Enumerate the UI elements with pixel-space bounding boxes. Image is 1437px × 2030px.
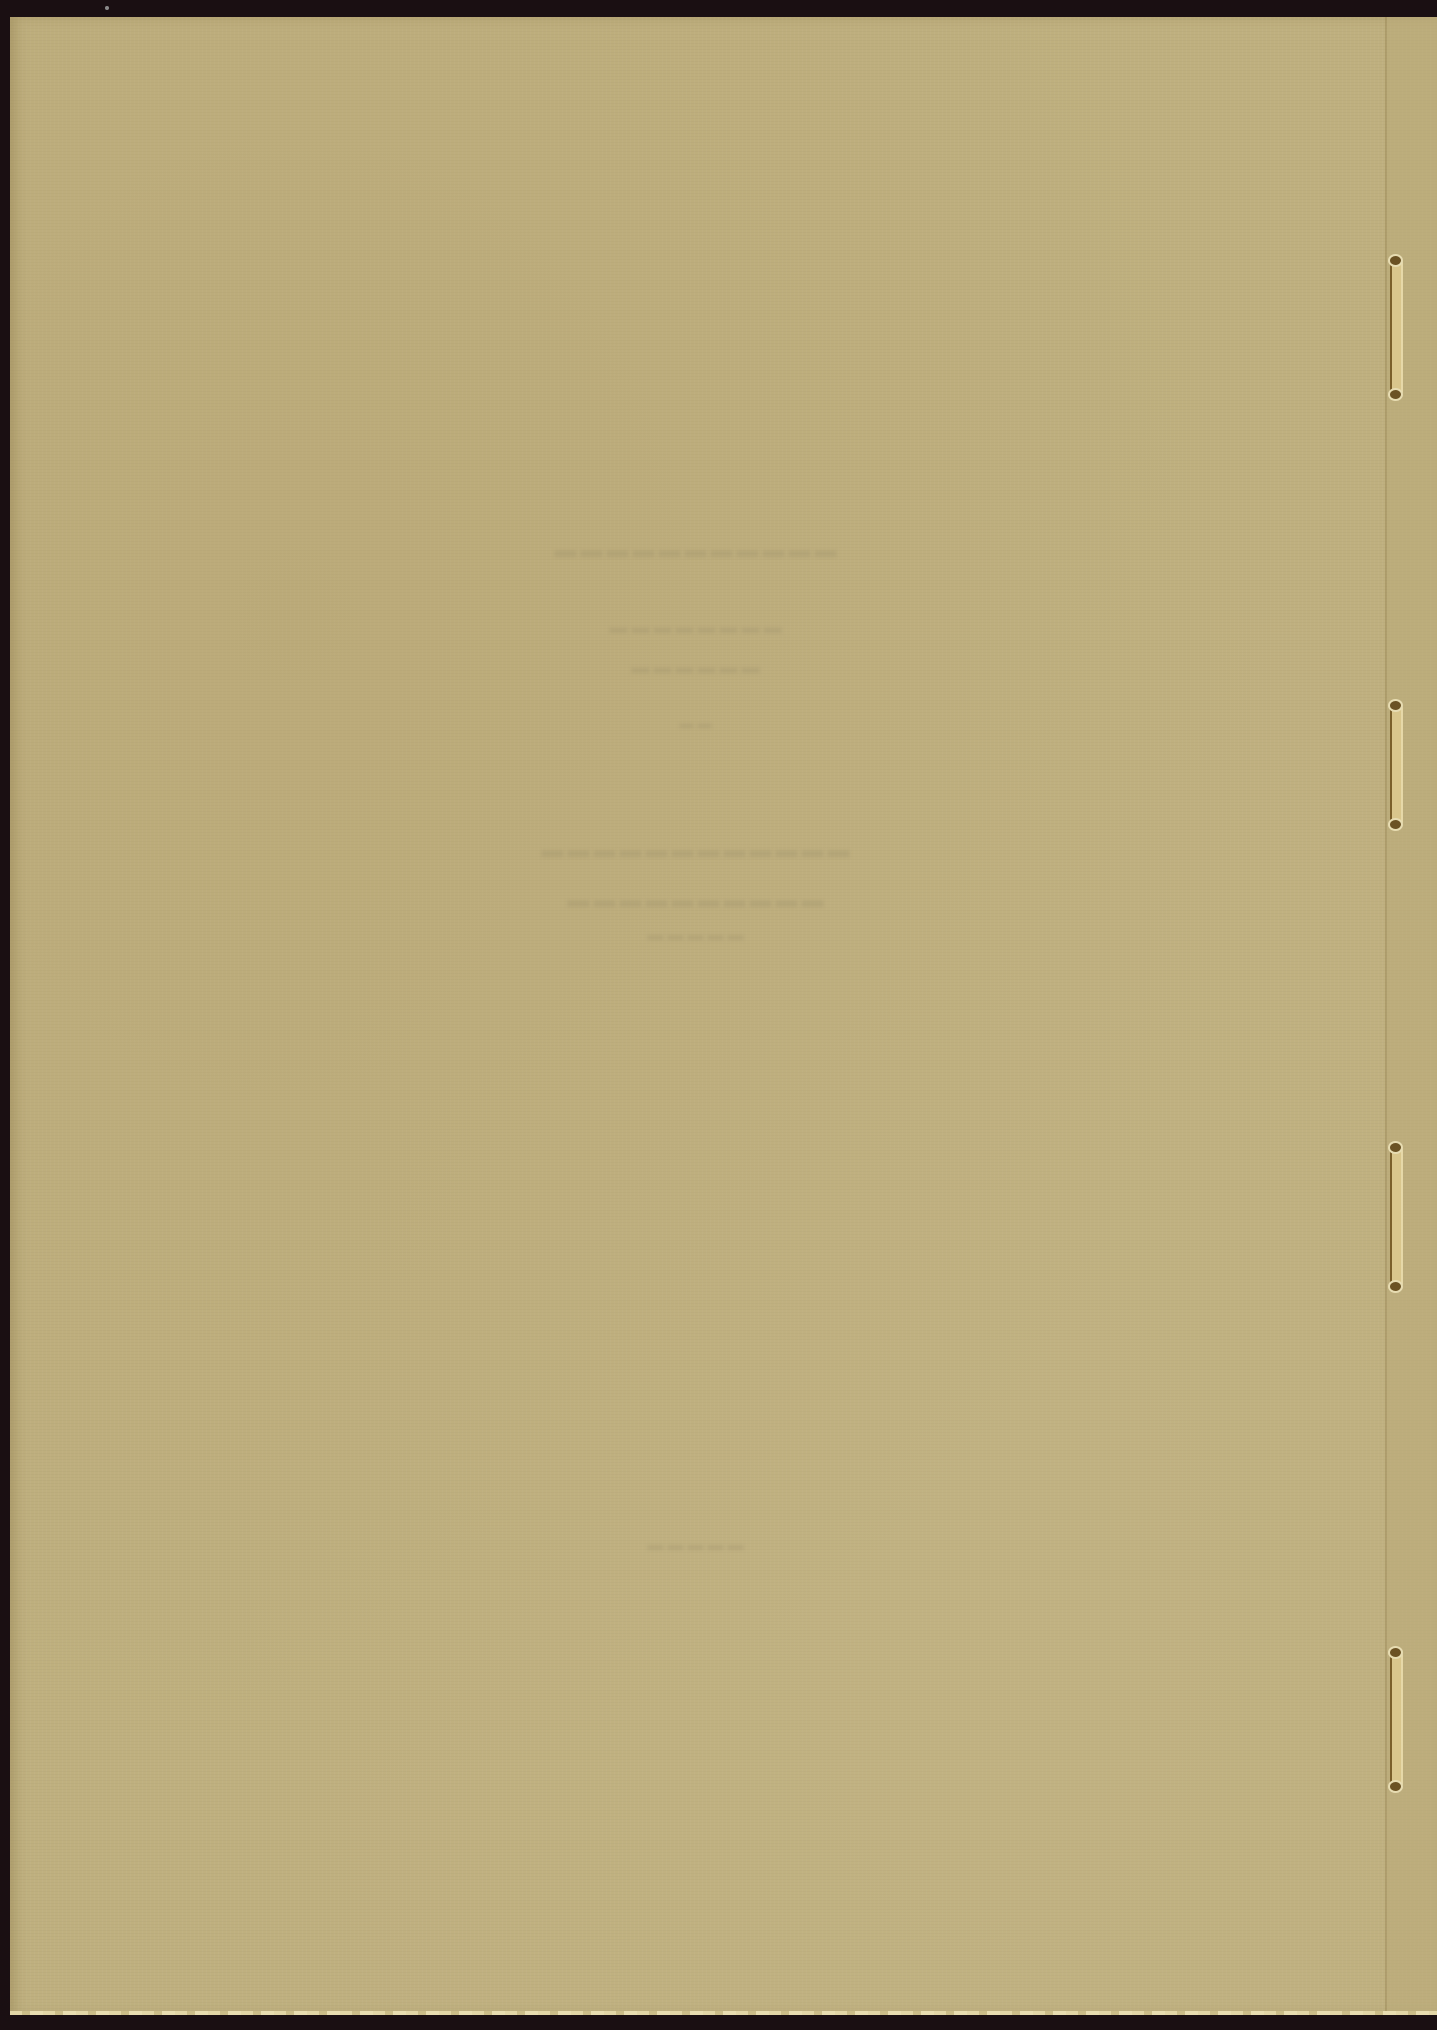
show-through-line: ▬▬▬▬▬▬▬▬▬▬▬ xyxy=(10,537,1377,563)
binding-stitch xyxy=(1390,705,1403,825)
document-page: ▬▬▬▬▬▬▬▬▬▬▬ ▬▬▬▬▬▬▬▬ ▬▬▬▬▬▬ ▬▬ ▬▬▬▬▬▬▬▬▬… xyxy=(10,17,1437,2015)
binding-stitch xyxy=(1390,260,1403,395)
show-through-line: ▬▬▬▬▬▬▬▬▬▬ xyxy=(10,887,1377,913)
binding-stitch xyxy=(1390,1147,1403,1287)
scanner-speck xyxy=(105,6,109,10)
show-through-line: ▬▬▬▬▬▬▬▬▬▬▬▬ xyxy=(10,837,1377,863)
show-through-line: ▬▬▬▬▬▬ xyxy=(10,657,1377,678)
show-through-line: ▬▬▬▬▬ xyxy=(10,1537,1377,1555)
fold-line xyxy=(1385,17,1387,2015)
show-through-line: ▬▬▬▬▬ xyxy=(10,927,1377,945)
binding-stitch xyxy=(1390,1652,1403,1787)
show-through-line: ▬▬▬▬▬▬▬▬ xyxy=(10,617,1377,638)
show-through-line: ▬▬ xyxy=(10,717,1377,733)
